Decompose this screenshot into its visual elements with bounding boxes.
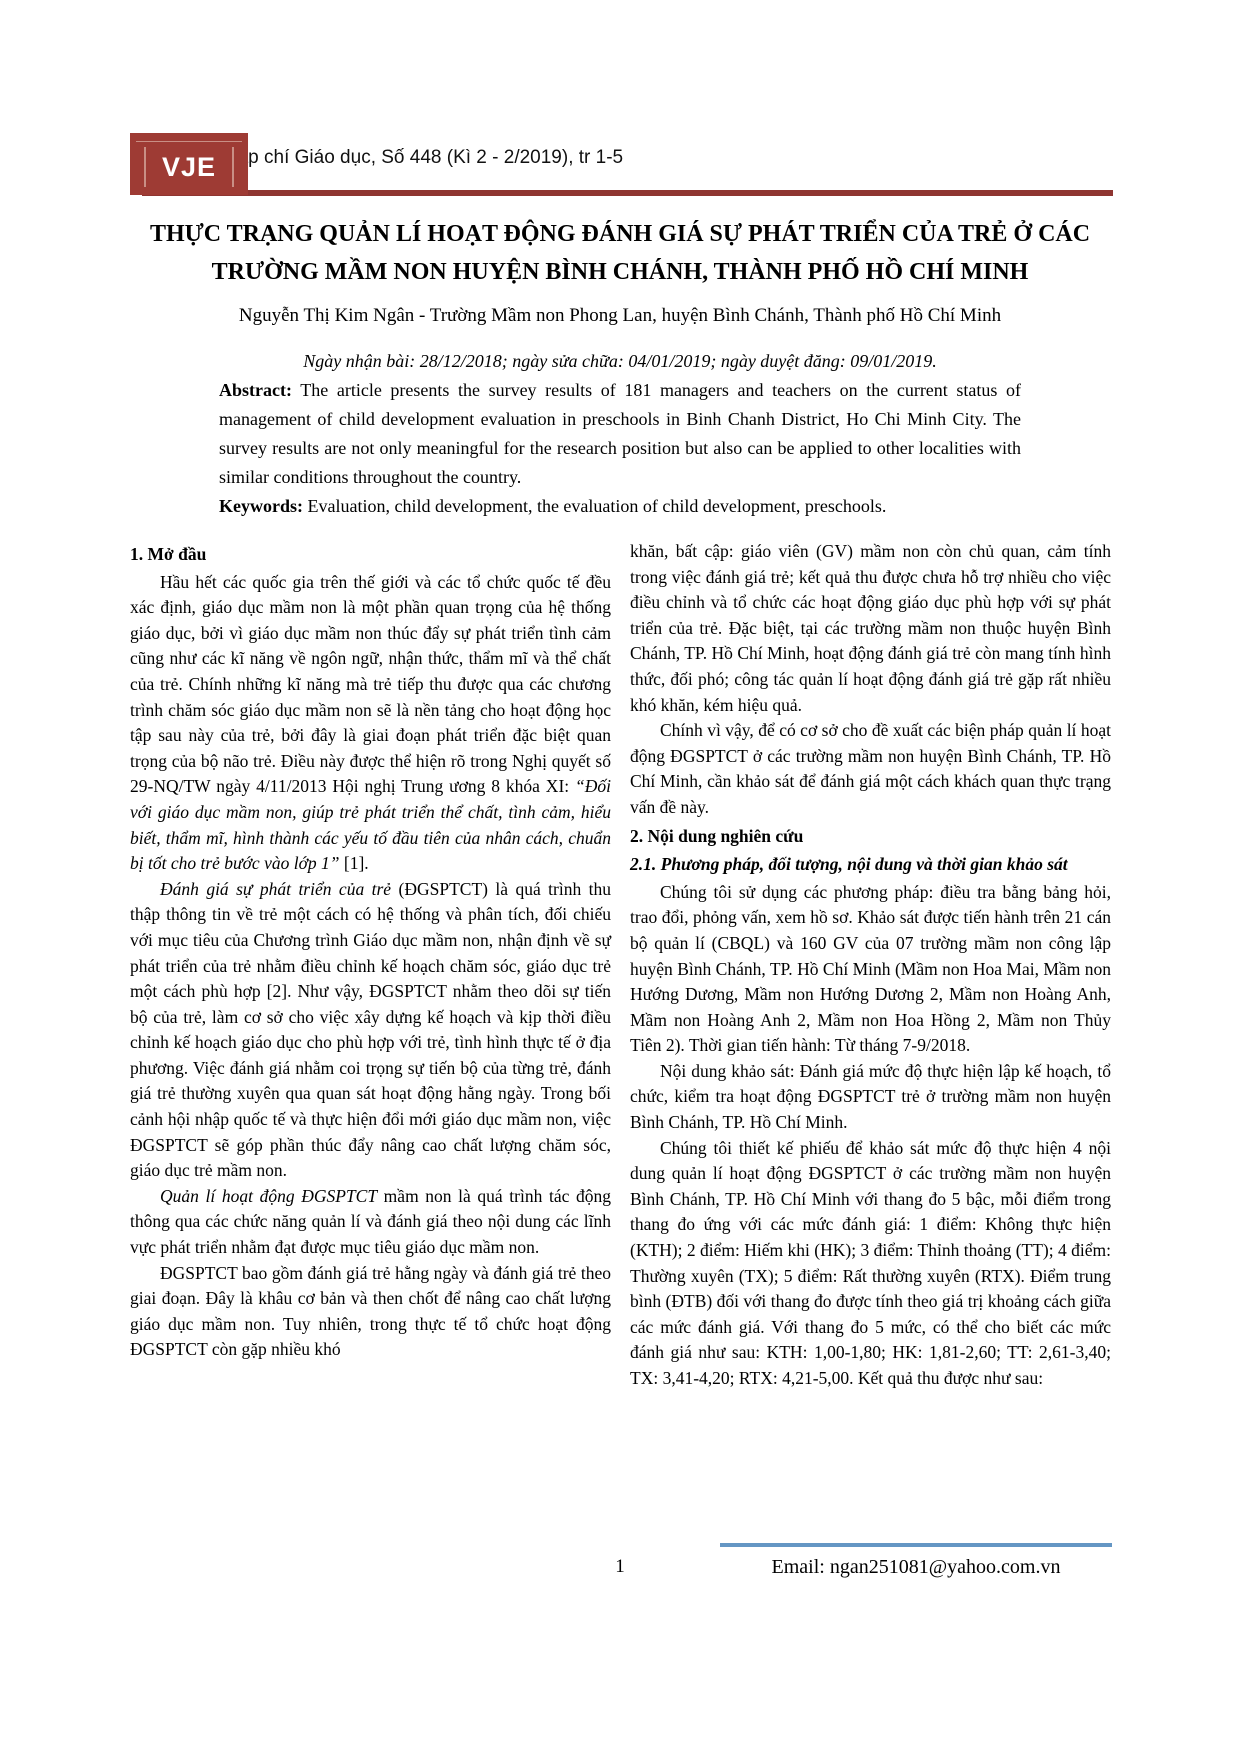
journal-page: VJE Tạp chí Giáo dục, Số 448 (Kì 2 - 2/2… bbox=[0, 0, 1240, 1753]
vje-logo-text: VJE bbox=[162, 152, 216, 183]
page-header: VJE Tạp chí Giáo dục, Số 448 (Kì 2 - 2/2… bbox=[130, 133, 1113, 193]
paragraph: Quản lí hoạt động ĐGSPTCT mầm non là quá… bbox=[130, 1184, 611, 1261]
left-column: 1. Mở đầu Hầu hết các quốc gia trên thế … bbox=[130, 539, 611, 1392]
journal-issue-line: Tạp chí Giáo dục, Số 448 (Kì 2 - 2/2019)… bbox=[208, 147, 623, 169]
vje-logo-frame: VJE bbox=[144, 147, 234, 187]
vje-logo-decoration bbox=[136, 141, 242, 142]
paragraph: khăn, bất cập: giáo viên (GV) mầm non cò… bbox=[630, 539, 1111, 718]
vje-logo: VJE bbox=[130, 133, 248, 195]
section-heading-2-1: 2.1. Phương pháp, đối tượng, nội dung và… bbox=[630, 852, 1111, 878]
header-rule bbox=[142, 190, 1113, 196]
keywords-paragraph: Keywords: Evaluation, child development,… bbox=[219, 492, 1021, 521]
paragraph: Chúng tôi thiết kế phiếu để khảo sát mức… bbox=[630, 1136, 1111, 1392]
abstract-label: Abstract: bbox=[219, 380, 292, 400]
abstract-block: Abstract: The article presents the surve… bbox=[219, 376, 1021, 521]
contact-email: Email: ngan251081@yahoo.com.vn bbox=[720, 1556, 1112, 1579]
keywords-label: Keywords: bbox=[219, 496, 303, 516]
right-column: khăn, bất cập: giáo viên (GV) mầm non cò… bbox=[630, 539, 1111, 1392]
abstract-text: The article presents the survey results … bbox=[219, 380, 1021, 487]
footnote-block: Email: ngan251081@yahoo.com.vn bbox=[720, 1543, 1112, 1579]
author-line: Nguyễn Thị Kim Ngân - Trường Mầm non Pho… bbox=[120, 305, 1120, 327]
paragraph: Nội dung khảo sát: Đánh giá mức độ thực … bbox=[630, 1059, 1111, 1136]
footnote-separator-line bbox=[720, 1543, 1112, 1547]
paragraph: ĐGSPTCT bao gồm đánh giá trẻ hằng ngày v… bbox=[130, 1261, 611, 1363]
dates-line: Ngày nhận bài: 28/12/2018; ngày sửa chữa… bbox=[210, 351, 1030, 372]
abstract-paragraph: Abstract: The article presents the surve… bbox=[219, 376, 1021, 492]
section-heading-2: 2. Nội dung nghiên cứu bbox=[630, 824, 1111, 850]
keywords-text: Evaluation, child development, the evalu… bbox=[303, 496, 886, 516]
article-title: THỰC TRẠNG QUẢN LÍ HOẠT ĐỘNG ĐÁNH GIÁ SỰ… bbox=[120, 215, 1120, 291]
paragraph: Đánh giá sự phát triển của trẻ (ĐGSPTCT)… bbox=[130, 877, 611, 1184]
paragraph: Chúng tôi sử dụng các phương pháp: điều … bbox=[630, 880, 1111, 1059]
section-heading-1: 1. Mở đầu bbox=[130, 542, 611, 568]
paragraph: Hầu hết các quốc gia trên thế giới và cá… bbox=[130, 570, 611, 877]
body-columns: 1. Mở đầu Hầu hết các quốc gia trên thế … bbox=[130, 539, 1113, 1392]
paragraph: Chính vì vậy, để có cơ sở cho đề xuất cá… bbox=[630, 718, 1111, 820]
